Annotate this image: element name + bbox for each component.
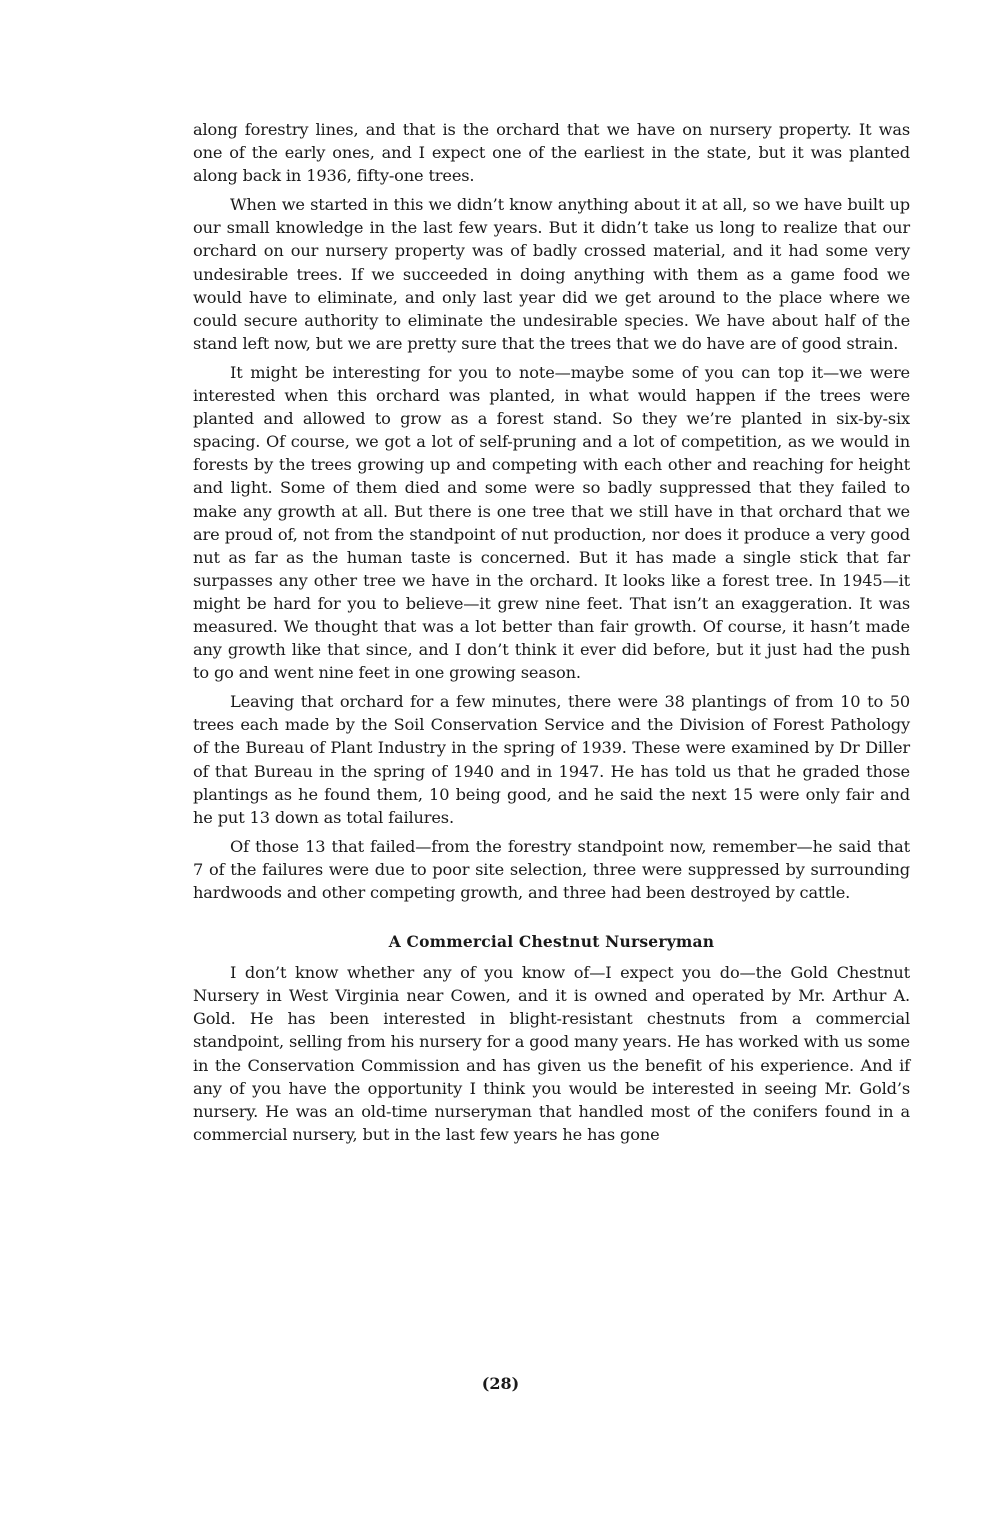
- document-page: along forestry lines, and that is the or…: [193, 118, 910, 1152]
- paragraph: Leaving that orchard for a few minutes, …: [193, 690, 910, 829]
- paragraph-continuation: along forestry lines, and that is the or…: [193, 118, 910, 187]
- paragraph: I don’t know whether any of you know of—…: [193, 961, 910, 1146]
- paragraph: It might be interesting for you to note—…: [193, 361, 910, 684]
- paragraph: When we started in this we didn’t know a…: [193, 193, 910, 355]
- page-number: (28): [0, 1374, 1001, 1393]
- paragraph: Of those 13 that failed—from the forestr…: [193, 835, 910, 904]
- section-heading: A Commercial Chestnut Nurseryman: [193, 930, 910, 953]
